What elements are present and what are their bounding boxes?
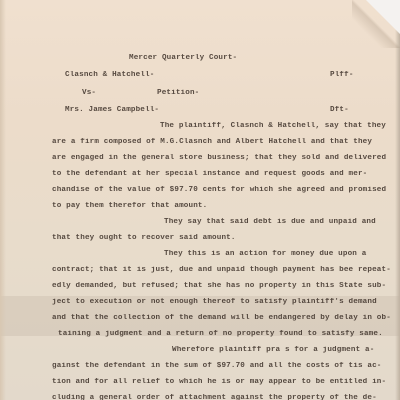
body-line: ject to execution or not enough thereof … <box>52 298 377 307</box>
body-line: The plaintiff, Clasnch & Hatchell, say t… <box>160 122 386 131</box>
body-line: that they ought to recover said amount. <box>52 234 236 243</box>
body-line: They this is an action for money due upo… <box>164 250 366 259</box>
plaintiff-name: Clasnch & Hatchell- <box>65 71 154 80</box>
body-line: to pay them therefor that amount. <box>52 202 207 211</box>
folded-corner <box>366 0 400 34</box>
body-line: and that the collection of the demand wi… <box>52 314 391 323</box>
body-line: contract; that it is just, due and unpai… <box>52 266 391 275</box>
plaintiff-role: Plff- <box>330 71 354 80</box>
body-line: taining a judgment and a return of no pr… <box>58 330 383 339</box>
defendant-name: Mrs. James Campbell- <box>65 106 159 115</box>
body-line: Wherefore plaintiff pra s for a judgment… <box>172 346 374 355</box>
body-line: cluding a general order of attachment ag… <box>52 394 377 400</box>
defendant-role: Dft- <box>330 106 349 115</box>
body-line: are engaged in the general store busines… <box>52 154 386 163</box>
body-line: are a firm composed of M.G.Clasnch and A… <box>52 138 372 147</box>
paper-left-edge <box>0 0 6 400</box>
body-line: gainst the defendant in the sum of $97.7… <box>52 362 382 371</box>
body-line: to the defendant at her special instance… <box>52 170 367 179</box>
document-type: Petition- <box>157 89 199 98</box>
versus-label: Vs- <box>82 89 96 98</box>
body-line: chandise of the value of $97.70 cents fo… <box>52 186 386 195</box>
paper-right-edge <box>395 0 400 400</box>
body-line: tion and for all relief to which he is o… <box>52 378 386 387</box>
body-line: edly demanded, but refused; that she has… <box>52 282 386 291</box>
court-heading: Mercer Quarterly Court- <box>129 54 237 63</box>
body-line: They say that said debt is due and unpai… <box>164 218 376 227</box>
scanned-document-page: Mercer Quarterly Court- Clasnch & Hatche… <box>0 0 400 400</box>
